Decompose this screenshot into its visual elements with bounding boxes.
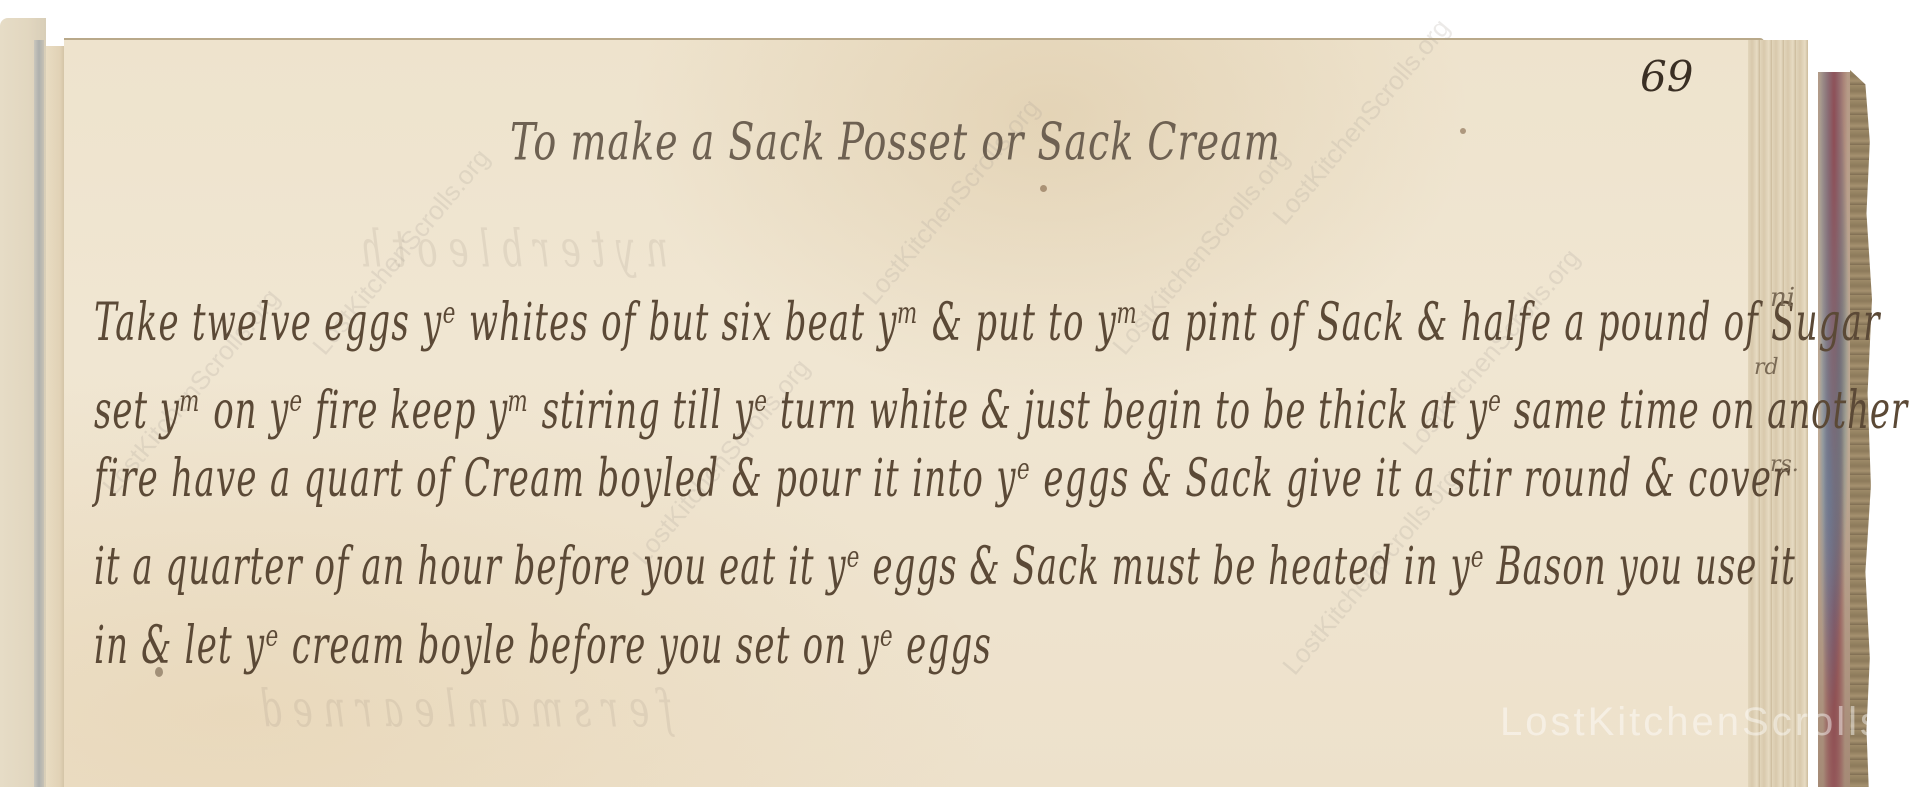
margin-note: ni bbox=[1770, 283, 1795, 313]
ink-spot bbox=[1460, 128, 1466, 134]
recipe-title: To make a Sack Posset or Sack Cream bbox=[510, 112, 1281, 171]
binding-strip bbox=[46, 46, 66, 787]
bleed-through-text: n y t e r b l e o t h bbox=[360, 220, 668, 280]
recipe-line-1: Take twelve eggs yᵉ whites of but six be… bbox=[94, 292, 1881, 354]
margin-note: rs. bbox=[1770, 452, 1799, 477]
book-gutter bbox=[34, 40, 44, 787]
manuscript-scan: n y t e r b l e o t h f e r s m a n l e … bbox=[0, 0, 1920, 787]
margin-note: rd bbox=[1754, 355, 1779, 380]
recipe-line-3: fire have a quart of Cream boyled & pour… bbox=[94, 448, 1790, 510]
bleed-through-text: f e r s m a n l e a r n e d bbox=[260, 680, 673, 740]
page-number: 69 bbox=[1640, 52, 1693, 101]
recipe-line-4: it a quarter of an hour before you eat i… bbox=[94, 536, 1796, 598]
recipe-line-2: set yᵐ on yᵉ fire keep yᵐ stiring till y… bbox=[94, 380, 1908, 442]
ink-spot bbox=[1040, 185, 1047, 192]
recipe-line-5: in & let yᵉ cream boyle before you set o… bbox=[94, 615, 992, 677]
